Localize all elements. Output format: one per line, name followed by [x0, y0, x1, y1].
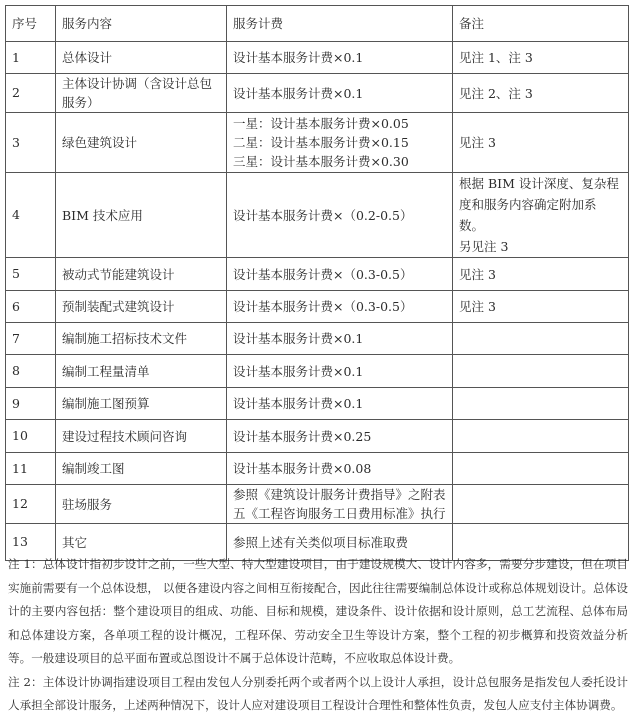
cell-service: 预制装配式建筑设计 [56, 291, 227, 323]
cell-remark: 根据 BIM 设计深度、复杂程度和服务内容确定附加系数。另见注 3 [453, 173, 629, 258]
cell-remark: 见注 3 [453, 291, 629, 323]
cell-fee-line: 设计基本服务计费×0.1 [233, 362, 446, 381]
cell-no: 2 [6, 74, 56, 113]
cell-remark-line: 见注 3 [459, 132, 622, 153]
cell-fee-line: 一星：设计基本服务计费×0.05 [233, 114, 446, 133]
cell-service-line: 建设过程技术顾问咨询 [62, 427, 220, 446]
cell-service: 编制施工图预算 [56, 388, 227, 420]
cell-service-line: 绿色建筑设计 [62, 133, 220, 152]
table-row: 8编制工程量清单设计基本服务计费×0.1 [6, 355, 629, 388]
cell-no: 5 [6, 258, 56, 291]
cell-service: 编制竣工图 [56, 453, 227, 485]
cell-service-line: 驻场服务 [62, 495, 220, 514]
cell-fee-line: 设计基本服务计费×（0.2-0.5） [233, 206, 446, 225]
cell-service: 被动式节能建筑设计 [56, 258, 227, 291]
cell-remark-line: 数。 [459, 215, 622, 236]
service-fee-table: 序号 服务内容 服务计费 备注 1总体设计设计基本服务计费×0.1见注 1、注 … [5, 5, 629, 561]
cell-remark: 见注 1、注 3 [453, 42, 629, 74]
header-fee: 服务计费 [227, 6, 453, 42]
table-row: 9编制施工图预算设计基本服务计费×0.1 [6, 388, 629, 420]
cell-remark: 见注 3 [453, 113, 629, 173]
cell-remark-line: 见注 3 [459, 296, 622, 317]
table-row: 11编制竣工图设计基本服务计费×0.08 [6, 453, 629, 485]
table-row: 12驻场服务参照《建筑设计服务计费指导》之附表五《工程咨询服务工日费用标准》执行 [6, 485, 629, 524]
cell-fee-line: 设计基本服务计费×0.1 [233, 394, 446, 413]
cell-no: 9 [6, 388, 56, 420]
cell-fee-line: 设计基本服务计费×（0.3-0.5） [233, 297, 446, 316]
cell-fee-line: 设计基本服务计费×0.08 [233, 459, 446, 478]
cell-service: 绿色建筑设计 [56, 113, 227, 173]
table-row: 7编制施工招标技术文件设计基本服务计费×0.1 [6, 323, 629, 355]
cell-no: 3 [6, 113, 56, 173]
cell-service: 驻场服务 [56, 485, 227, 524]
cell-service-line: BIM 技术应用 [62, 206, 220, 225]
cell-no: 1 [6, 42, 56, 74]
cell-remark [453, 323, 629, 355]
cell-fee-line: 设计基本服务计费×0.1 [233, 48, 446, 67]
cell-remark: 见注 3 [453, 258, 629, 291]
cell-no: 11 [6, 453, 56, 485]
cell-fee: 设计基本服务计费×（0.3-0.5） [227, 258, 453, 291]
cell-fee: 设计基本服务计费×0.08 [227, 453, 453, 485]
cell-no: 7 [6, 323, 56, 355]
cell-remark-line: 根据 BIM 设计深度、复杂程 [459, 173, 622, 194]
cell-remark [453, 420, 629, 453]
table-row: 4BIM 技术应用设计基本服务计费×（0.2-0.5）根据 BIM 设计深度、复… [6, 173, 629, 258]
header-remark: 备注 [453, 6, 629, 42]
cell-fee-line: 设计基本服务计费×0.25 [233, 427, 446, 446]
cell-remark-line: 度和服务内容确定附加系 [459, 194, 622, 215]
cell-fee: 一星：设计基本服务计费×0.05二星：设计基本服务计费×0.15三星：设计基本服… [227, 113, 453, 173]
cell-service-line: 被动式节能建筑设计 [62, 265, 220, 284]
cell-service-line: 服务） [62, 93, 220, 112]
cell-no: 4 [6, 173, 56, 258]
cell-no: 10 [6, 420, 56, 453]
cell-service: 建设过程技术顾问咨询 [56, 420, 227, 453]
table-row: 10建设过程技术顾问咨询设计基本服务计费×0.25 [6, 420, 629, 453]
cell-service-line: 编制工程量清单 [62, 362, 220, 381]
cell-service: 总体设计 [56, 42, 227, 74]
cell-fee-line: 设计基本服务计费×0.1 [233, 329, 446, 348]
cell-service-line: 主体设计协调（含设计总包 [62, 74, 220, 93]
table-row: 1总体设计设计基本服务计费×0.1见注 1、注 3 [6, 42, 629, 74]
cell-fee: 设计基本服务计费×0.1 [227, 355, 453, 388]
table-row: 6预制装配式建筑设计设计基本服务计费×（0.3-0.5）见注 3 [6, 291, 629, 323]
note-2: 注 2：主体设计协调指建设项目工程由发包人分别委托两个或者两个以上设计人承担，设… [8, 671, 628, 718]
cell-remark [453, 355, 629, 388]
cell-fee-line: 参照《建筑设计服务计费指导》之附表 [233, 485, 446, 504]
header-service: 服务内容 [56, 6, 227, 42]
table-row: 5被动式节能建筑设计设计基本服务计费×（0.3-0.5）见注 3 [6, 258, 629, 291]
cell-fee-line: 三星：设计基本服务计费×0.30 [233, 152, 446, 171]
cell-fee: 设计基本服务计费×（0.3-0.5） [227, 291, 453, 323]
cell-fee-line: 设计基本服务计费×0.1 [233, 84, 446, 103]
cell-fee: 设计基本服务计费×0.1 [227, 42, 453, 74]
cell-service-line: 编制施工图预算 [62, 394, 220, 413]
cell-service: 主体设计协调（含设计总包服务） [56, 74, 227, 113]
cell-service: 编制施工招标技术文件 [56, 323, 227, 355]
table-row: 3绿色建筑设计一星：设计基本服务计费×0.05二星：设计基本服务计费×0.15三… [6, 113, 629, 173]
table-header-row: 序号 服务内容 服务计费 备注 [6, 6, 629, 42]
cell-fee: 设计基本服务计费×0.1 [227, 388, 453, 420]
table-row: 2主体设计协调（含设计总包服务）设计基本服务计费×0.1见注 2、注 3 [6, 74, 629, 113]
cell-remark [453, 388, 629, 420]
cell-fee-line: 五《工程咨询服务工日费用标准》执行 [233, 504, 446, 523]
cell-fee: 设计基本服务计费×（0.2-0.5） [227, 173, 453, 258]
cell-remark-line: 见注 3 [459, 264, 622, 285]
cell-no: 6 [6, 291, 56, 323]
cell-fee: 设计基本服务计费×0.1 [227, 74, 453, 113]
footnotes: 注 1：总体设计指初步设计之前，一些大型、特大型建设项目，由于建设规模大、设计内… [8, 553, 628, 718]
cell-service-line: 编制竣工图 [62, 459, 220, 478]
cell-no: 8 [6, 355, 56, 388]
cell-fee-line: 参照上述有关类似项目标准取费 [233, 533, 446, 552]
cell-service-line: 编制施工招标技术文件 [62, 329, 220, 348]
cell-service: 编制工程量清单 [56, 355, 227, 388]
cell-fee: 设计基本服务计费×0.25 [227, 420, 453, 453]
cell-service: BIM 技术应用 [56, 173, 227, 258]
cell-fee-line: 设计基本服务计费×（0.3-0.5） [233, 265, 446, 284]
note-1: 注 1：总体设计指初步设计之前，一些大型、特大型建设项目，由于建设规模大、设计内… [8, 553, 628, 671]
cell-service-line: 预制装配式建筑设计 [62, 297, 220, 316]
cell-remark: 见注 2、注 3 [453, 74, 629, 113]
cell-fee-line: 二星：设计基本服务计费×0.15 [233, 133, 446, 152]
cell-service-line: 总体设计 [62, 48, 220, 67]
cell-service-line: 其它 [62, 533, 220, 552]
cell-remark-line: 见注 1、注 3 [459, 47, 622, 68]
cell-remark [453, 453, 629, 485]
cell-fee: 参照《建筑设计服务计费指导》之附表五《工程咨询服务工日费用标准》执行 [227, 485, 453, 524]
cell-remark-line: 另见注 3 [459, 236, 622, 257]
cell-fee: 设计基本服务计费×0.1 [227, 323, 453, 355]
cell-remark-line: 见注 2、注 3 [459, 83, 622, 104]
cell-no: 12 [6, 485, 56, 524]
cell-remark [453, 485, 629, 524]
header-no: 序号 [6, 6, 56, 42]
